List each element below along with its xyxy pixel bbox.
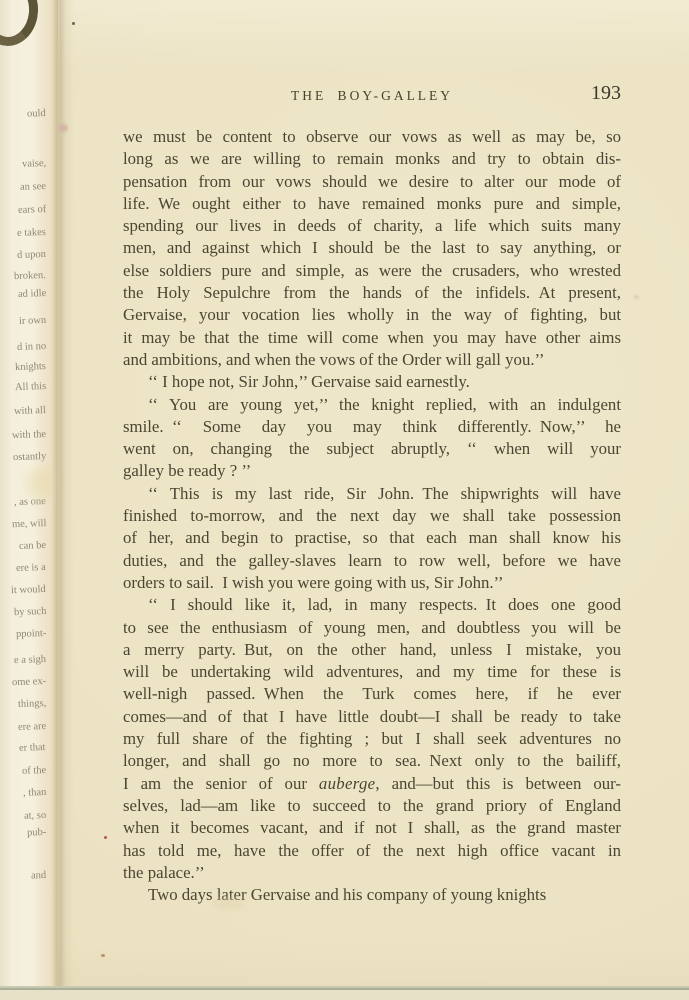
paragraph: we must be content to observe our vows a… (123, 126, 621, 371)
gutter-crease (52, 0, 74, 986)
page-number: 193 (591, 82, 621, 105)
running-title: THE BOY-GALLEY (291, 88, 453, 104)
text-line: life. We ought either to have remained m… (123, 193, 621, 215)
facing-page-fragment: ppoint- (15, 628, 46, 641)
text-line: orders to sail. I wish you were going wi… (123, 572, 621, 594)
paragraph: ‘‘ I should like it, lad, in many respec… (123, 594, 621, 884)
facing-page-fragment: and (31, 870, 47, 883)
facing-page-fragment: can be (19, 540, 47, 553)
paragraph: ‘‘ You are young yet,’’ the knight repli… (123, 394, 621, 483)
body-text: we must be content to observe our vows a… (123, 126, 621, 906)
text-line: ‘‘ You are young yet,’’ the knight repli… (123, 394, 621, 416)
text-line: it may be that the time will come when y… (123, 327, 621, 349)
facing-page-fragment: e a sigh (14, 654, 46, 667)
facing-page-fragment: ears of (18, 204, 47, 217)
text-line: galley be ready ? ’’ (123, 460, 621, 482)
text-line: the palace.’’ (123, 862, 621, 884)
text-line: and ambitions, and when the vows of the … (123, 349, 621, 371)
facing-page-fragment: ere are (18, 721, 47, 734)
text-line: has told me, have the offer of the next … (123, 840, 621, 862)
facing-page-fragment: things, (18, 698, 47, 711)
text-line: we must be content to observe our vows a… (123, 126, 621, 148)
text-line: ‘‘ I should like it, lad, in many respec… (123, 594, 621, 616)
facing-page-fragment: er that (19, 742, 46, 755)
facing-page-fragment: d in no (17, 341, 47, 354)
pink-smudge (59, 124, 68, 132)
text-line: when it becomes vacant, and if not I sha… (123, 817, 621, 839)
facing-page-fragment: , than (22, 787, 46, 800)
facing-page-fragment: pub- (27, 827, 47, 840)
paper-stain (634, 295, 639, 299)
text-line: smile. ‘‘ Some day you may think differe… (123, 416, 621, 438)
facing-page-fragment: broken. (14, 270, 46, 283)
book-page-scan: { "header": { "title": "THE BOY-GALLEY",… (0, 0, 689, 1000)
facing-page-fragment: with all (14, 405, 46, 418)
facing-page-fragment: of the (22, 765, 47, 778)
text-line: went on, changing the subject abruptly, … (123, 438, 621, 460)
facing-page-fragment: knights (15, 361, 46, 374)
text-line: Gervaise, your vocation lies wholly in t… (123, 304, 621, 326)
page-header: THE BOY-GALLEY 193 (123, 86, 621, 112)
paragraph: Two days later Gervaise and his company … (123, 884, 621, 906)
ink-speck (101, 954, 105, 957)
facing-page-fragment: ir own (19, 315, 47, 328)
ink-speck (72, 22, 75, 25)
facing-page-fragment: me, will (11, 518, 46, 531)
facing-page-fragment: All this (15, 381, 47, 394)
paragraph: ‘‘ I hope not, Sir John,’’ Gervaise said… (123, 371, 621, 393)
facing-page-fragment: an see (20, 181, 46, 194)
text-line: long as we are willing to remain monks a… (123, 148, 621, 170)
facing-page-fragment: it would (11, 584, 46, 597)
text-line: selves, lad—am like to succeed to the gr… (123, 795, 621, 817)
text-line: Two days later Gervaise and his company … (123, 884, 621, 906)
facing-page-fragment: ad idle (18, 288, 47, 301)
text-line: the Holy Sepulchre from the hands of the… (123, 282, 621, 304)
text-line: longer, and shall go no more to sea. Nex… (123, 750, 621, 772)
text-line: ‘‘ This is my last ride, Sir John. The s… (123, 483, 621, 505)
facing-page-fragment: ere is a (16, 562, 46, 575)
facing-page-fragment: ostantly (13, 451, 47, 464)
text-line: will be undertaking wild adventures, and… (123, 661, 621, 683)
text-line: my full share of the fighting ; but I sh… (123, 728, 621, 750)
paragraph: ‘‘ This is my last ride, Sir John. The s… (123, 483, 621, 594)
paper-stain (26, 466, 54, 500)
text-line: spending our lives in deeds of charity, … (123, 215, 621, 237)
facing-page-fragment: d upon (17, 249, 46, 262)
facing-page-text-fragments: ouldvaise,an seeears ofe takesd uponbrok… (0, 0, 49, 1000)
facing-page-fragment: with the (12, 429, 47, 442)
text-line: else soldiers pure and simple, as were t… (123, 260, 621, 282)
text-line: well-nigh passed. When the Turk comes he… (123, 683, 621, 705)
text-line: I am the senior of our auberge, and—but … (123, 773, 621, 795)
facing-page-fragment: ome ex- (12, 676, 47, 689)
text-line: of her, and begin to practise, so that e… (123, 527, 621, 549)
scan-surface: ouldvaise,an seeears ofe takesd uponbrok… (0, 0, 689, 1000)
facing-page-fragment: vaise, (22, 158, 47, 171)
facing-page-fragment: by such (13, 606, 46, 619)
facing-page-fragment: e takes (17, 227, 46, 240)
text-line: a merry party. But, on the other hand, u… (123, 639, 621, 661)
page-bottom-edge (0, 986, 689, 1000)
text-line: finished to-morrow, and the next day we … (123, 505, 621, 527)
facing-page-fragment: ould (27, 108, 46, 121)
ink-speck (104, 836, 107, 839)
text-line: duties, and the galley-slaves learn to r… (123, 550, 621, 572)
paper-stain (212, 898, 246, 910)
text-line: pensation from our vows should we desire… (123, 171, 621, 193)
facing-page-fragment: at, so (24, 810, 47, 823)
text-line: ‘‘ I hope not, Sir John,’’ Gervaise said… (123, 371, 621, 393)
text-line: comes—and of that I have little doubt—I … (123, 706, 621, 728)
text-line: men, and against which I should be the l… (123, 237, 621, 259)
text-line: to see the enthusiasm of young men, and … (123, 617, 621, 639)
